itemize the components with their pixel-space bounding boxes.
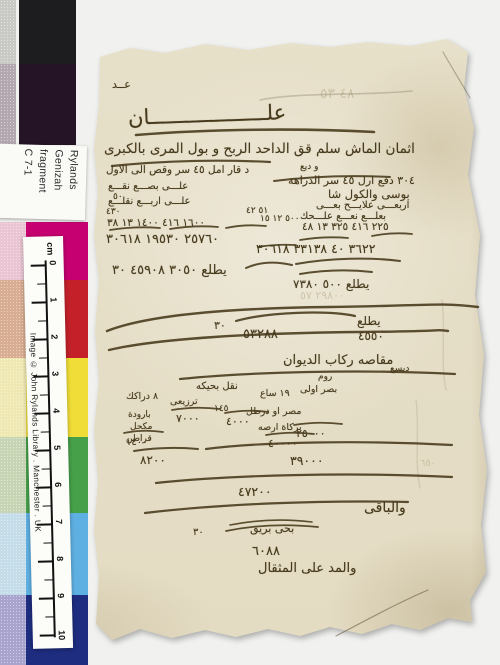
manuscript-text: ٤٠٠٠ xyxy=(226,415,250,428)
manuscript-text: والباقى xyxy=(364,500,406,516)
manuscript-text: علـــى بصـــع نقـــع xyxy=(108,181,188,192)
ruler-number: 3 xyxy=(50,371,60,376)
manuscript-text: بوسى والكول شا xyxy=(328,187,410,201)
manuscript-text: ٤٠٠٠٠ xyxy=(268,437,298,450)
ruler-tick-half-cm xyxy=(38,320,47,322)
ruler-tick-cm xyxy=(31,264,46,266)
ruler-tick-cm xyxy=(38,560,53,562)
manuscript-text: ١٤٥ xyxy=(214,404,229,414)
manuscript-text: علـــى اربـــع نقلـــع xyxy=(108,196,191,207)
manuscript-text: ٣٠ xyxy=(214,319,226,332)
ruler-number: 1 xyxy=(48,297,58,302)
manuscript-text: ٣٠٤ دفع ارل ٤٥ سر الدراهة xyxy=(288,174,415,187)
ruler-number: 5 xyxy=(52,445,62,450)
manuscript-text: ٤٧٢٠٠ xyxy=(238,484,272,499)
manuscript-text: ٤٨ ٥٣ xyxy=(320,86,355,102)
manuscript-text: ٢٩٨٠٠ ٥٧ xyxy=(300,289,345,302)
manuscript-text: ٢٥٧٦٠ ١٩٥٣٠ ٣٠٦١٨ xyxy=(106,232,219,247)
manuscript-text: ١٦٠٠ ٤١٦ ١٤٠٠ ١٣ ٣٨ xyxy=(107,217,205,229)
ruler-tick-half-cm xyxy=(42,468,51,470)
ruler-number: 4 xyxy=(51,408,61,413)
manuscript-text: د قار امل ٤٥ سر وقص الى الاول xyxy=(106,164,249,176)
manuscript-text: ٣٦٢٢ ٤٠ ٣٣١٣٨ ٣٠٦١٨ xyxy=(256,241,375,256)
digitized-manuscript-photo: Rylands Genizah fragment C 7-1 عــدعلـــ… xyxy=(0,0,500,665)
manuscript-text: ٣٩٠٠٠ xyxy=(290,453,324,468)
ruler-number: 2 xyxy=(49,334,59,339)
manuscript-text: ٨٢٠٠ xyxy=(140,453,166,467)
manuscript-text: ١٩ ساع xyxy=(260,388,290,399)
ruler-tick-half-cm xyxy=(45,616,54,618)
ruler-tick-cm xyxy=(32,301,47,303)
manuscript-text: ترزيعى xyxy=(170,396,198,407)
manuscript-text: ٦٠٨٨ xyxy=(252,544,280,559)
ruler-number: 9 xyxy=(56,593,66,598)
manuscript-text: مقاصه ركاب الديوان xyxy=(283,353,393,368)
manuscript-text: ٤٥٥٠ xyxy=(358,329,384,343)
ruler-tick-half-cm xyxy=(44,579,53,581)
ruler-number: 10 xyxy=(57,630,67,640)
manuscript-text: روم xyxy=(318,372,332,382)
manuscript-text: بحى بريق xyxy=(250,522,294,535)
manuscript-text: علـــــــــــــــــــان xyxy=(128,100,287,130)
manuscript-text: ٢٢٥ ٤١٦ ٣٢٥ ١٣ ٤٨ xyxy=(302,221,389,233)
manuscript-text: يطلع xyxy=(357,314,381,328)
manuscript-text: ١٤٠٠ xyxy=(126,437,147,448)
manuscript-text: ٦٥٠ xyxy=(420,458,436,469)
manuscript-text: ٥٣٢٨٨ xyxy=(243,327,278,342)
manuscript-text: بصر اولى xyxy=(300,384,337,395)
manuscript-text-layer: عــدعلـــــــــــــــــــاناثمان الماش س… xyxy=(0,0,500,665)
ruler-tick-cm xyxy=(40,634,55,636)
manuscript-text: اربعـــى علايـــح بعـــى xyxy=(316,200,409,211)
manuscript-text: و ديع xyxy=(300,162,319,172)
ruler-number: 0 xyxy=(48,260,58,265)
manuscript-text: مصر او درطل xyxy=(246,406,301,417)
manuscript-text: دبسع xyxy=(390,364,409,374)
ruler-tick-half-cm xyxy=(37,283,46,285)
manuscript-text: يطلع ٣٠٥٠ ٤٥٩٠٨ ٣٠ xyxy=(112,263,227,278)
ruler-number: 8 xyxy=(55,556,65,561)
manuscript-text: مكحل xyxy=(130,422,152,432)
ruler-tick-half-cm xyxy=(39,357,48,359)
manuscript-text: ٧٠٠٠ xyxy=(176,412,200,425)
manuscript-text: ٢٥٠٠٠ xyxy=(296,427,326,440)
ruler-ticks: 012345678910 xyxy=(23,236,63,237)
ruler-tick-half-cm xyxy=(43,505,52,507)
ruler-tick-half-cm xyxy=(40,394,49,396)
manuscript-text: نقل بحيكه xyxy=(196,381,238,392)
ruler-unit-label: cm xyxy=(45,242,55,255)
manuscript-text: اثمان الماش سلم قق الداحد الربح و بول ال… xyxy=(104,141,415,157)
manuscript-text: عــد xyxy=(112,78,131,91)
ruler-tick-half-cm xyxy=(43,542,52,544)
ruler-number: 7 xyxy=(54,519,64,524)
manuscript-text: والمد على المثقال xyxy=(258,561,356,576)
manuscript-text: ٥١ ٤٢ xyxy=(246,206,268,216)
ruler-tick-cm xyxy=(39,597,54,599)
manuscript-text: بارودة xyxy=(128,410,151,420)
ruler-number: 6 xyxy=(53,482,63,487)
manuscript-text: ٣٠ xyxy=(193,527,204,538)
ruler-tick-half-cm xyxy=(41,431,50,433)
manuscript-text: ٤٣٠ xyxy=(106,207,121,217)
manuscript-text: ٨ دراكك xyxy=(126,391,158,402)
